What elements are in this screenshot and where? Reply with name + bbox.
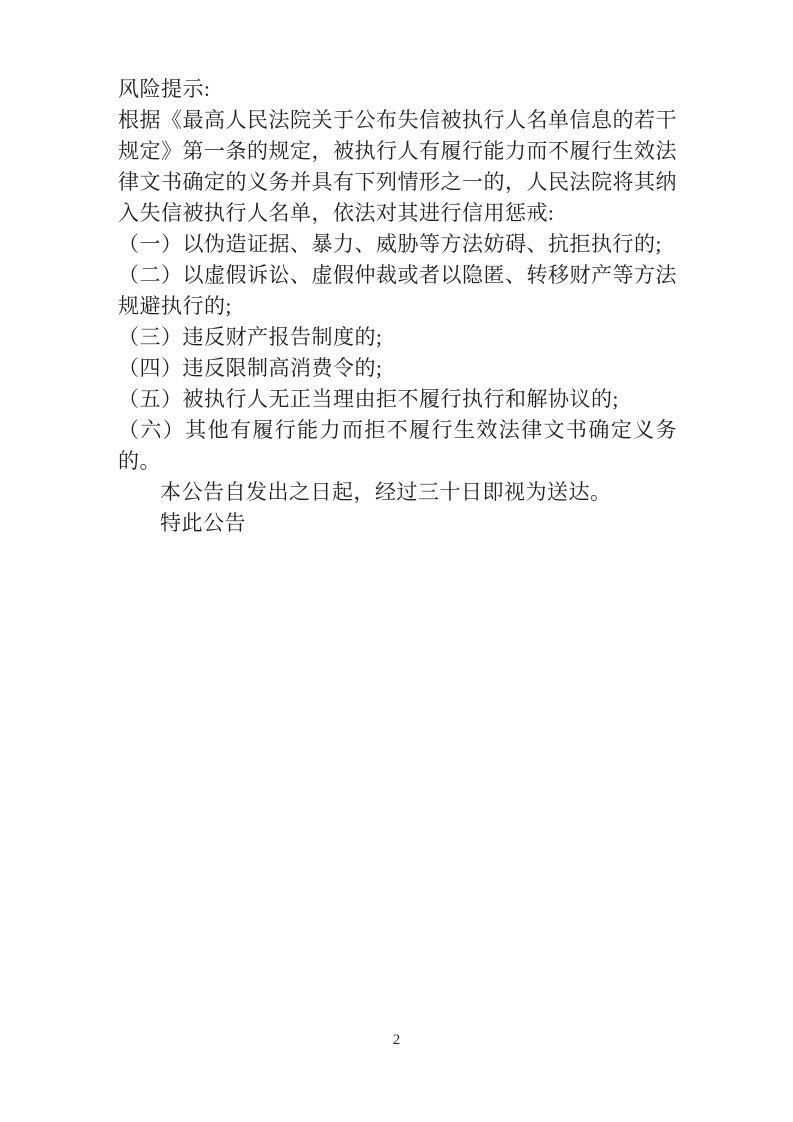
list-item-1: （一）以伪造证据、暴力、威胁等方法妨碍、抗拒执行的;: [118, 229, 677, 260]
page-number: 2: [0, 1032, 793, 1049]
list-item-3: （三）违反财产报告制度的;: [118, 322, 677, 353]
signoff: 特此公告: [118, 508, 677, 539]
list-item-2: （二）以虚假诉讼、虚假仲裁或者以隐匿、转移财产等方法规避执行的;: [118, 260, 677, 322]
list-item-6: （六）其他有履行能力而拒不履行生效法律文书确定义务的。: [118, 415, 677, 477]
intro-paragraph: 根据《最高人民法院关于公布失信被执行人名单信息的若干规定》第一条的规定，被执行人…: [118, 105, 677, 229]
service-clause: 本公告自发出之日起，经过三十日即视为送达。: [118, 477, 677, 508]
risk-warning-heading: 风险提示:: [118, 74, 677, 105]
list-item-4: （四）违反限制高消费令的;: [118, 353, 677, 384]
notice-body: 风险提示: 根据《最高人民法院关于公布失信被执行人名单信息的若干规定》第一条的规…: [118, 74, 677, 539]
document-page: 风险提示: 根据《最高人民法院关于公布失信被执行人名单信息的若干规定》第一条的规…: [0, 0, 793, 1122]
list-item-5: （五）被执行人无正当理由拒不履行执行和解协议的;: [118, 384, 677, 415]
